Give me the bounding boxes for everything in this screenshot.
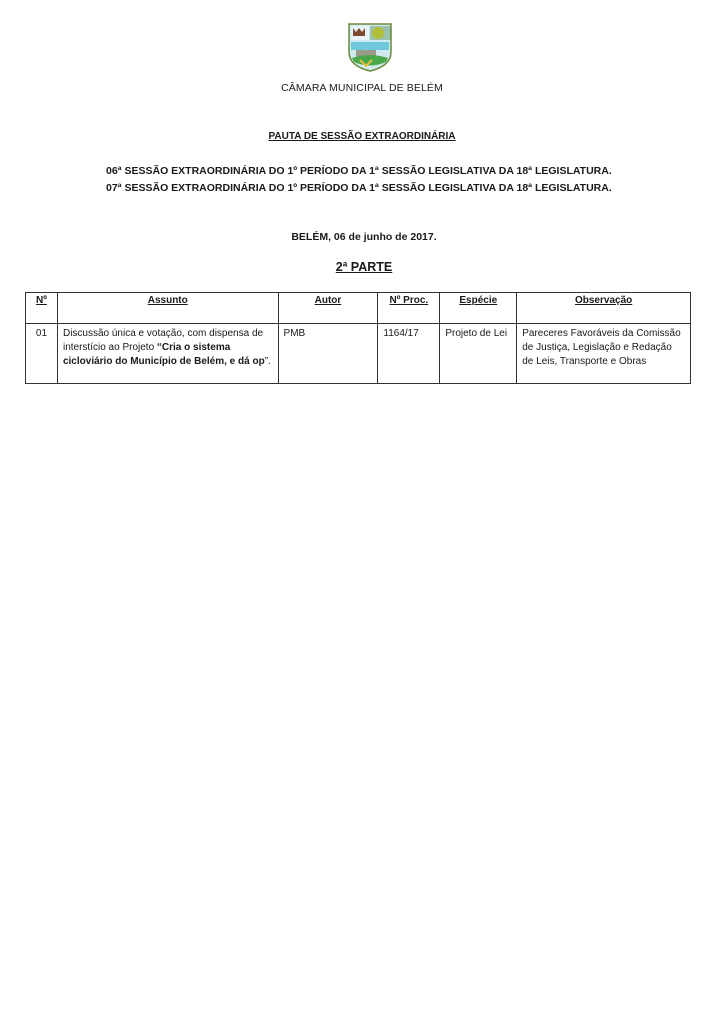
column-header-autor: Autor — [278, 293, 378, 324]
cell-assunto: Discussão única e votação, com dispensa … — [57, 324, 278, 384]
table-header-row: Nº Assunto Autor Nº Proc. Espécie Observ… — [26, 293, 691, 324]
column-header-especie: Espécie — [440, 293, 517, 324]
document-title: PAUTA DE SESSÃO EXTRAORDINÁRIA — [0, 131, 724, 142]
column-header-proc: Nº Proc. — [378, 293, 440, 324]
session-line-1: 06ª SESSÃO EXTRAORDINÁRIA DO 1º PERÍODO … — [106, 165, 612, 177]
institution-name: CÂMARA MUNICIPAL DE BELÉM — [0, 82, 724, 94]
session-line-2: 07ª SESSÃO EXTRAORDINÁRIA DO 1º PERÍODO … — [106, 182, 612, 194]
column-header-observacao: Observação — [517, 293, 691, 324]
agenda-table: Nº Assunto Autor Nº Proc. Espécie Observ… — [25, 292, 691, 384]
cell-num: 01 — [26, 324, 58, 384]
cell-especie: Projeto de Lei — [440, 324, 517, 384]
cell-observacao: Pareceres Favoráveis da Comissão de Just… — [517, 324, 691, 384]
column-header-num: Nº — [26, 293, 58, 324]
document-date: BELÉM, 06 de junho de 2017. — [2, 231, 724, 243]
assunto-suffix: ”. — [265, 356, 271, 367]
part-heading: 2ª PARTE — [2, 260, 724, 274]
column-header-assunto: Assunto — [57, 293, 278, 324]
municipal-coat-of-arms-icon — [346, 22, 394, 72]
table-row: 01 Discussão única e votação, com dispen… — [26, 324, 691, 384]
cell-proc: 1164/17 — [378, 324, 440, 384]
cell-autor: PMB — [278, 324, 378, 384]
